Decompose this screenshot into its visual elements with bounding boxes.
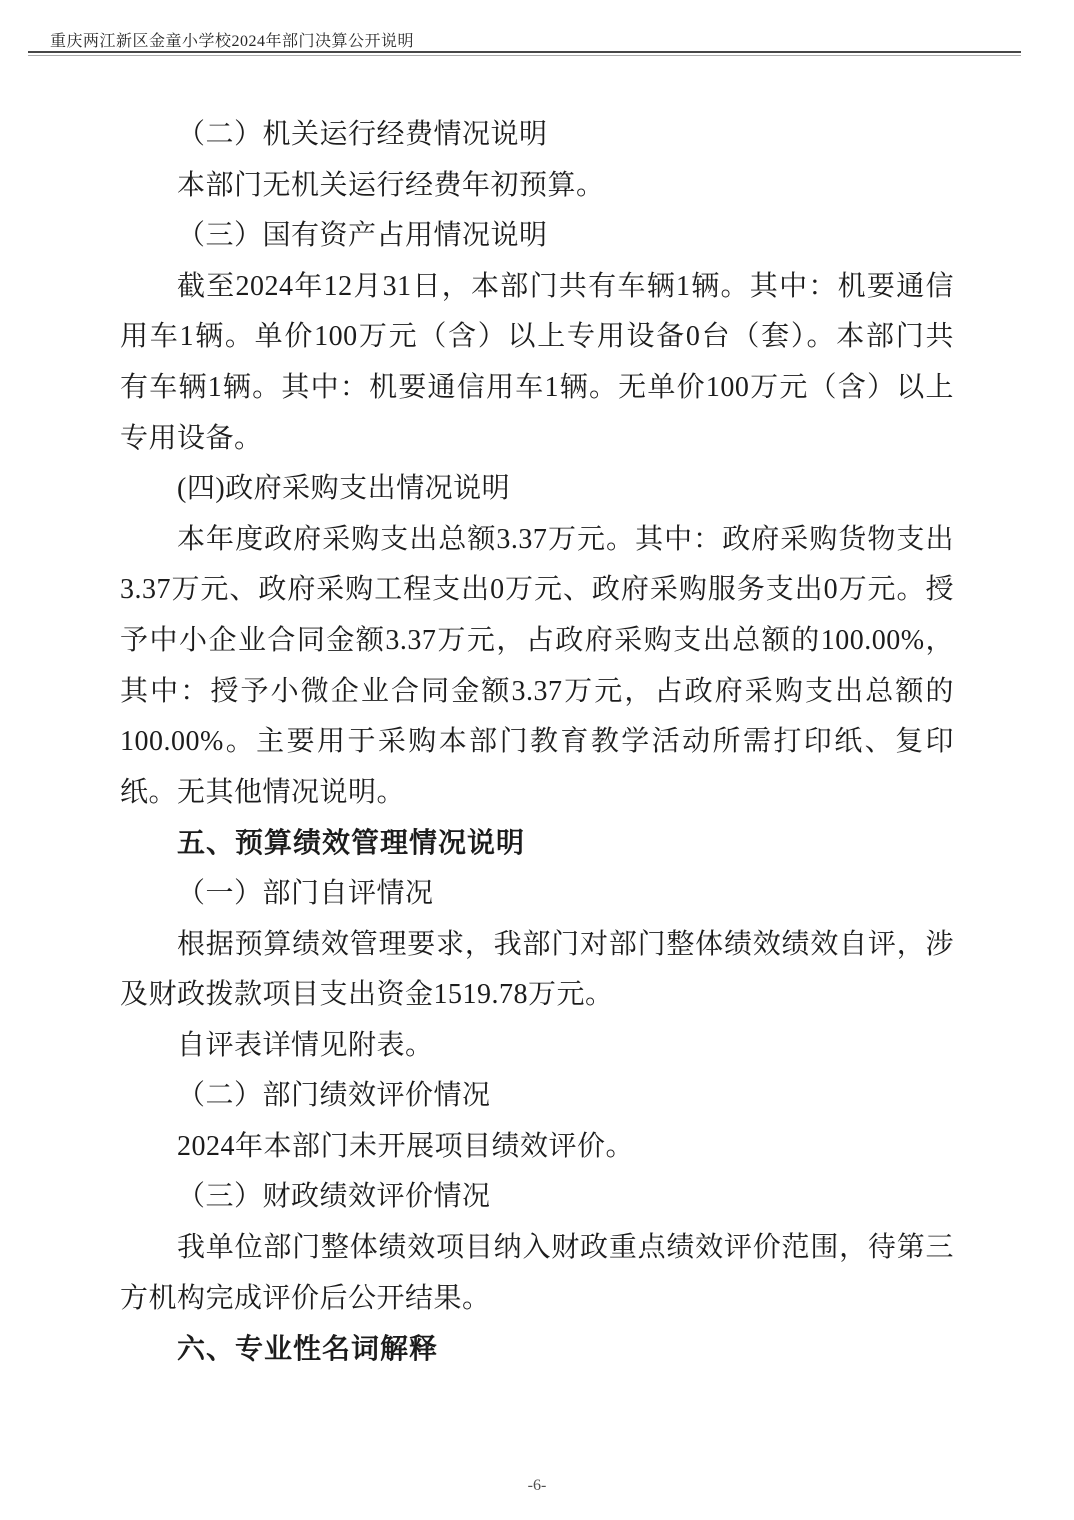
text-line: 纸。无其他情况说明。: [120, 768, 954, 819]
document-page: 重庆两江新区金童小学校2024年部门决算公开说明 （二）机关运行经费情况说明 本…: [0, 0, 1074, 1520]
text-line: 用车1辆。单价100万元（含）以上专用设备0台（套）。本部门共: [120, 312, 954, 363]
section-heading-performance-mgmt: 五、预算绩效管理情况说明: [120, 818, 954, 869]
text-line: 方机构完成评价后公开结果。: [120, 1274, 954, 1325]
text-line: 100.00%。主要用于采购本部门教育教学活动所需打印纸、复印: [120, 717, 954, 768]
text-line: 其中：授予小微企业合同金额3.37万元，占政府采购支出总额的: [120, 667, 954, 718]
text-line: 有车辆1辆。其中：机要通信用车1辆。无单价100万元（含）以上: [120, 363, 954, 414]
text-line: 予中小企业合同金额3.37万元，占政府采购支出总额的100.00%，: [120, 616, 954, 667]
text-line: 本年度政府采购支出总额3.37万元。其中：政府采购货物支出: [120, 515, 954, 566]
header-divider: [28, 51, 1021, 56]
text-line: 本部门无机关运行经费年初预算。: [120, 161, 954, 212]
subheading-gov-procurement: (四)政府采购支出情况说明: [120, 464, 954, 515]
subheading-fiscal-evaluation: （三）财政绩效评价情况: [120, 1172, 954, 1223]
header-title: 重庆两江新区金童小学校2024年部门决算公开说明: [50, 28, 414, 51]
page-number: -6-: [0, 1477, 1074, 1495]
subheading-state-assets: （三）国有资产占用情况说明: [120, 211, 954, 262]
subheading-org-operating-costs: （二）机关运行经费情况说明: [120, 110, 954, 161]
text-line: 2024年本部门未开展项目绩效评价。: [120, 1122, 954, 1173]
subheading-dept-evaluation: （二）部门绩效评价情况: [120, 1071, 954, 1122]
text-line: 根据预算绩效管理要求，我部门对部门整体绩效绩效自评，涉: [120, 920, 954, 971]
document-body: （二）机关运行经费情况说明 本部门无机关运行经费年初预算。 （三）国有资产占用情…: [120, 110, 954, 1375]
section-heading-terminology: 六、专业性名词解释: [120, 1324, 954, 1375]
text-line: 专用设备。: [120, 414, 954, 465]
text-line: 我单位部门整体绩效项目纳入财政重点绩效评价范围，待第三: [120, 1223, 954, 1274]
text-line: 自评表详情见附表。: [120, 1021, 954, 1072]
text-line: 3.37万元、政府采购工程支出0万元、政府采购服务支出0万元。授: [120, 565, 954, 616]
text-line: 截至2024年12月31日，本部门共有车辆1辆。其中：机要通信: [120, 262, 954, 313]
subheading-self-evaluation: （一）部门自评情况: [120, 869, 954, 920]
text-line: 及财政拨款项目支出资金1519.78万元。: [120, 970, 954, 1021]
